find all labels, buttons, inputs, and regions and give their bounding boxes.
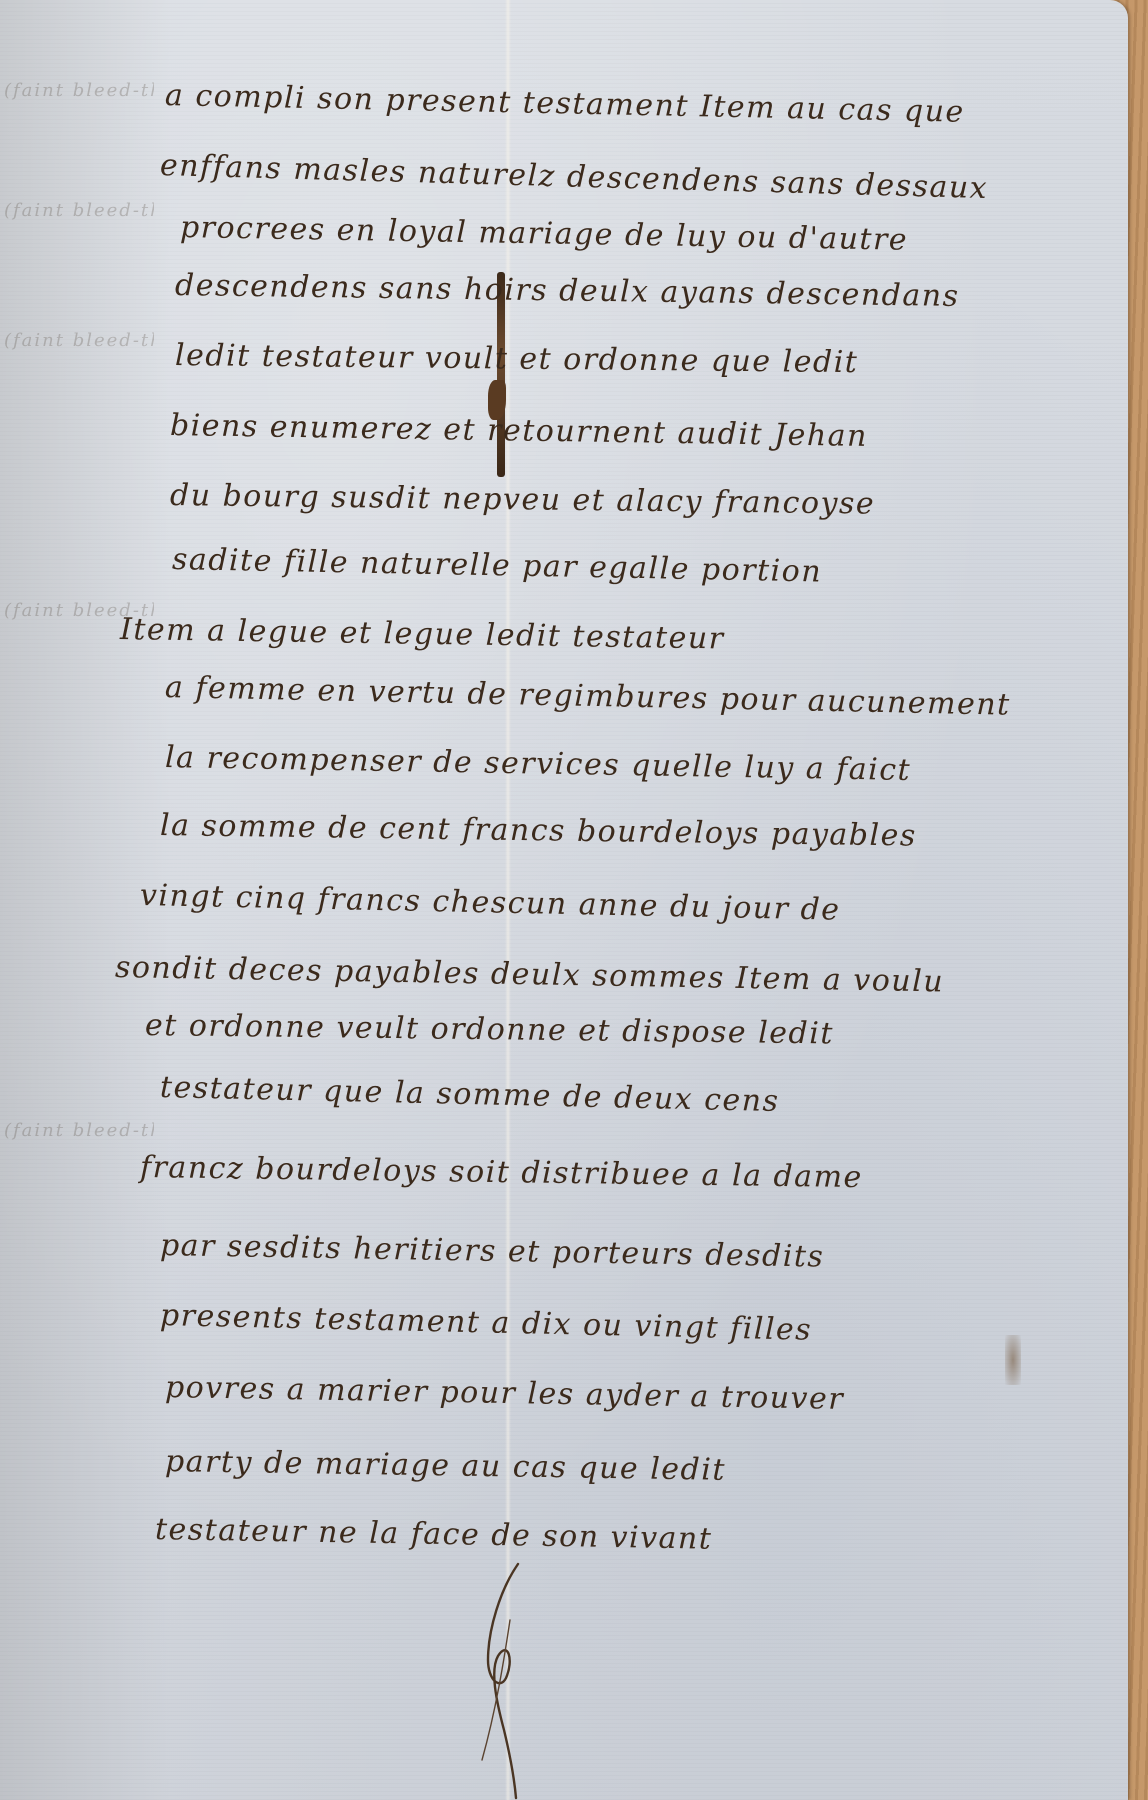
manuscript-line: testateur ne la face de son vivant [155, 1512, 713, 1557]
margin-bleedthrough: (faint bleed-through text) [4, 1120, 154, 1141]
margin-bleedthrough: (faint bleed-through text) [4, 80, 154, 101]
manuscript-line: testateur que la somme de deux cens [160, 1070, 780, 1119]
margin-bleedthrough: (faint bleed-through text) [4, 330, 154, 351]
manuscript-line: a compli son present testament Item au c… [165, 78, 965, 130]
foxing-stain [1005, 1335, 1021, 1385]
manuscript-line: biens enumerez et retournent audit Jehan [170, 408, 868, 454]
manuscript-line: party de mariage au cas que ledit [165, 1444, 726, 1488]
manuscript-line: Item a legue et legue ledit testateur [120, 612, 725, 656]
signature-paraph [470, 1560, 540, 1800]
manuscript-line: et ordonne veult ordonne et dispose ledi… [145, 1008, 834, 1051]
manuscript-line: descendens sans hoirs deulx ayans descen… [175, 268, 960, 314]
margin-bleedthrough: (faint bleed-through text) [4, 200, 154, 221]
manuscript-line: procrees en loyal mariage de luy ou d'au… [180, 210, 909, 258]
manuscript-line: sondit deces payables deulx sommes Item … [115, 950, 945, 999]
manuscript-line: presents testament a dix ou vingt filles [160, 1298, 813, 1348]
manuscript-line: par sesdits heritiers et porteurs desdit… [160, 1228, 825, 1275]
manuscript-page: (faint bleed-through text) (faint bleed-… [0, 0, 1128, 1800]
manuscript-line: la recompenser de services quelle luy a … [165, 740, 912, 788]
manuscript-line: sadite fille naturelle par egalle portio… [172, 542, 823, 589]
manuscript-line: du bourg susdit nepveu et alacy francoys… [170, 478, 876, 522]
manuscript-line: vingt cinq francs chescun anne du jour d… [140, 878, 841, 928]
manuscript-line: a femme en vertu de regimbures pour aucu… [165, 670, 1011, 723]
manuscript-line: ledit testateur voult et ordonne que led… [175, 338, 859, 380]
manuscript-line: la somme de cent francs bourdeloys payab… [160, 808, 917, 854]
manuscript-line: povres a marier pour les ayder a trouver [165, 1370, 845, 1417]
manuscript-line: francz bourdeloys soit distribuee a la d… [140, 1150, 863, 1195]
manuscript-line: enffans masles naturelz descendens sans … [160, 148, 989, 206]
